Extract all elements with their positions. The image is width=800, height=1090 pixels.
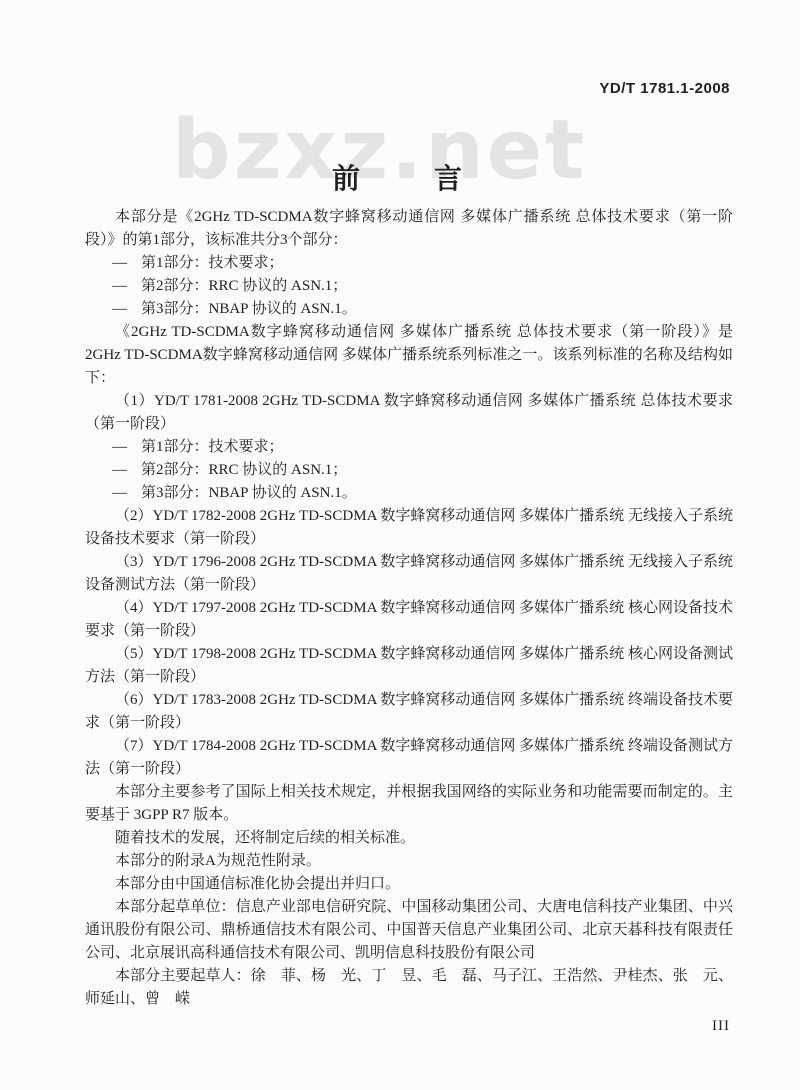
dash-bullet: — (112, 436, 127, 459)
list-item-text: 第1部分：技术要求； (141, 255, 284, 271)
list-item: —第1部分：技术要求； (85, 252, 733, 275)
list-item-text: 第3部分：NBAP 协议的 ASN.1。 (141, 485, 357, 501)
list-item: —第2部分：RRC 协议的 ASN.1； (85, 275, 733, 298)
list-item: —第1部分：技术要求； (85, 436, 733, 459)
list-item-text: 第1部分：技术要求； (141, 439, 284, 455)
dash-bullet: — (112, 482, 127, 505)
paragraph: 本部分是《2GHz TD-SCDMA数字蜂窝移动通信网 多媒体广播系统 总体技术… (85, 206, 733, 252)
paragraph: （1）YD/T 1781-2008 2GHz TD-SCDMA 数字蜂窝移动通信… (85, 390, 733, 436)
list-item: —第3部分：NBAP 协议的 ASN.1。 (85, 298, 733, 321)
list-item: —第2部分：RRC 协议的 ASN.1； (85, 459, 733, 482)
dash-bullet: — (112, 252, 127, 275)
paragraph: （6）YD/T 1783-2008 2GHz TD-SCDMA 数字蜂窝移动通信… (85, 689, 733, 735)
paragraph: 本部分主要参考了国际上相关技术规定，并根据我国网络的实际业务和功能需要而制定的。… (85, 781, 733, 827)
list-item-text: 第3部分：NBAP 协议的 ASN.1。 (141, 301, 357, 317)
paragraph: 本部分起草单位：信息产业部电信研究院、中国移动集团公司、大唐电信科技产业集团、中… (85, 896, 733, 965)
document-page: YD/T 1781.1-2008 bzxz.net 前 言 本部分是《2GHz … (0, 0, 800, 1090)
paragraph: 随着技术的发展，还将制定后续的相关标准。 (85, 827, 733, 850)
document-body: 本部分是《2GHz TD-SCDMA数字蜂窝移动通信网 多媒体广播系统 总体技术… (85, 206, 733, 1011)
paragraph: （2）YD/T 1782-2008 2GHz TD-SCDMA 数字蜂窝移动通信… (85, 505, 733, 551)
paragraph: 本部分的附录A为规范性附录。 (85, 850, 733, 873)
paragraph: （3）YD/T 1796-2008 2GHz TD-SCDMA 数字蜂窝移动通信… (85, 551, 733, 597)
paragraph: 《2GHz TD-SCDMA数字蜂窝移动通信网 多媒体广播系统 总体技术要求（第… (85, 321, 733, 390)
paragraph: （7）YD/T 1784-2008 2GHz TD-SCDMA 数字蜂窝移动通信… (85, 735, 733, 781)
dash-bullet: — (112, 459, 127, 482)
page-number: III (712, 1018, 730, 1035)
dash-bullet: — (112, 275, 127, 298)
list-item-text: 第2部分：RRC 协议的 ASN.1； (141, 462, 347, 478)
paragraph: 本部分主要起草人：徐 菲、杨 光、丁 昱、毛 磊、马子江、王浩然、尹桂杰、张 元… (85, 965, 733, 1011)
dash-bullet: — (112, 298, 127, 321)
list-item: —第3部分：NBAP 协议的 ASN.1。 (85, 482, 733, 505)
list-item-text: 第2部分：RRC 协议的 ASN.1； (141, 278, 347, 294)
paragraph: （5）YD/T 1798-2008 2GHz TD-SCDMA 数字蜂窝移动通信… (85, 643, 733, 689)
page-title: 前 言 (0, 157, 800, 197)
paragraph: （4）YD/T 1797-2008 2GHz TD-SCDMA 数字蜂窝移动通信… (85, 597, 733, 643)
paragraph: 本部分由中国通信标准化协会提出并归口。 (85, 873, 733, 896)
standard-number: YD/T 1781.1-2008 (599, 80, 730, 97)
